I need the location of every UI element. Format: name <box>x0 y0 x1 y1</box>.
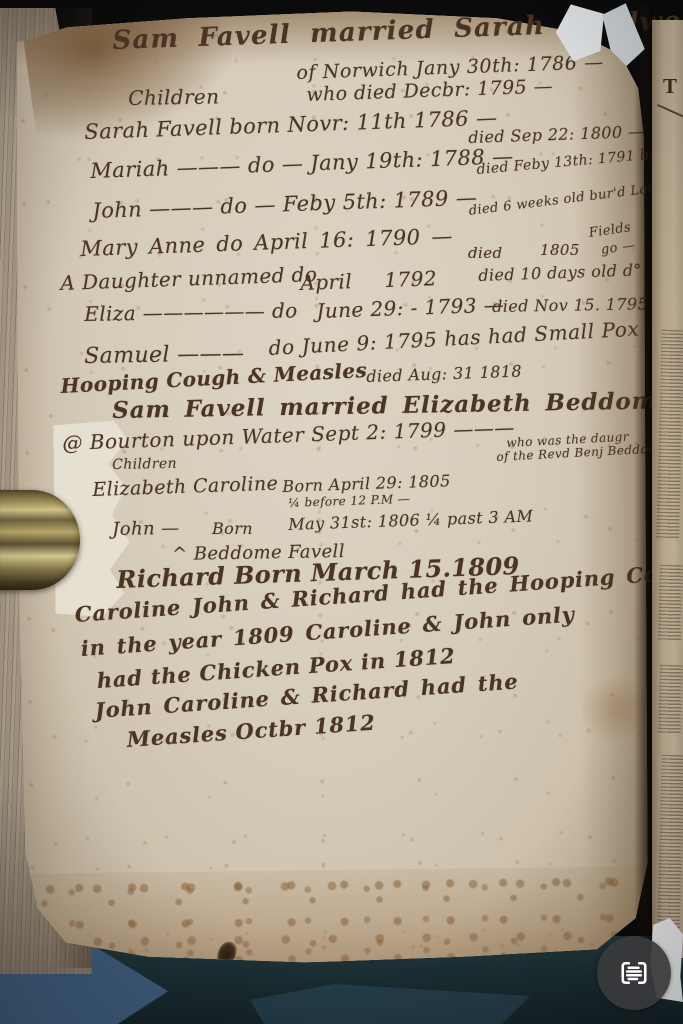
printed-text-column <box>658 565 683 641</box>
stain <box>21 866 654 966</box>
printed-text-column <box>656 330 683 541</box>
stain <box>10 2 643 68</box>
book-gutter-shadow <box>634 6 654 958</box>
text-scan-button[interactable] <box>597 936 671 1010</box>
printed-page-header: T <box>663 74 677 99</box>
printed-page-edge: T <box>652 20 683 958</box>
stain <box>10 2 654 966</box>
text-scan-icon <box>616 955 652 991</box>
photo-viewer: Sam Favell married Sarah Bardwellof Norw… <box>0 0 683 1024</box>
manuscript-page <box>10 2 654 966</box>
printed-text-column <box>658 665 683 736</box>
printed-rule <box>657 104 683 118</box>
